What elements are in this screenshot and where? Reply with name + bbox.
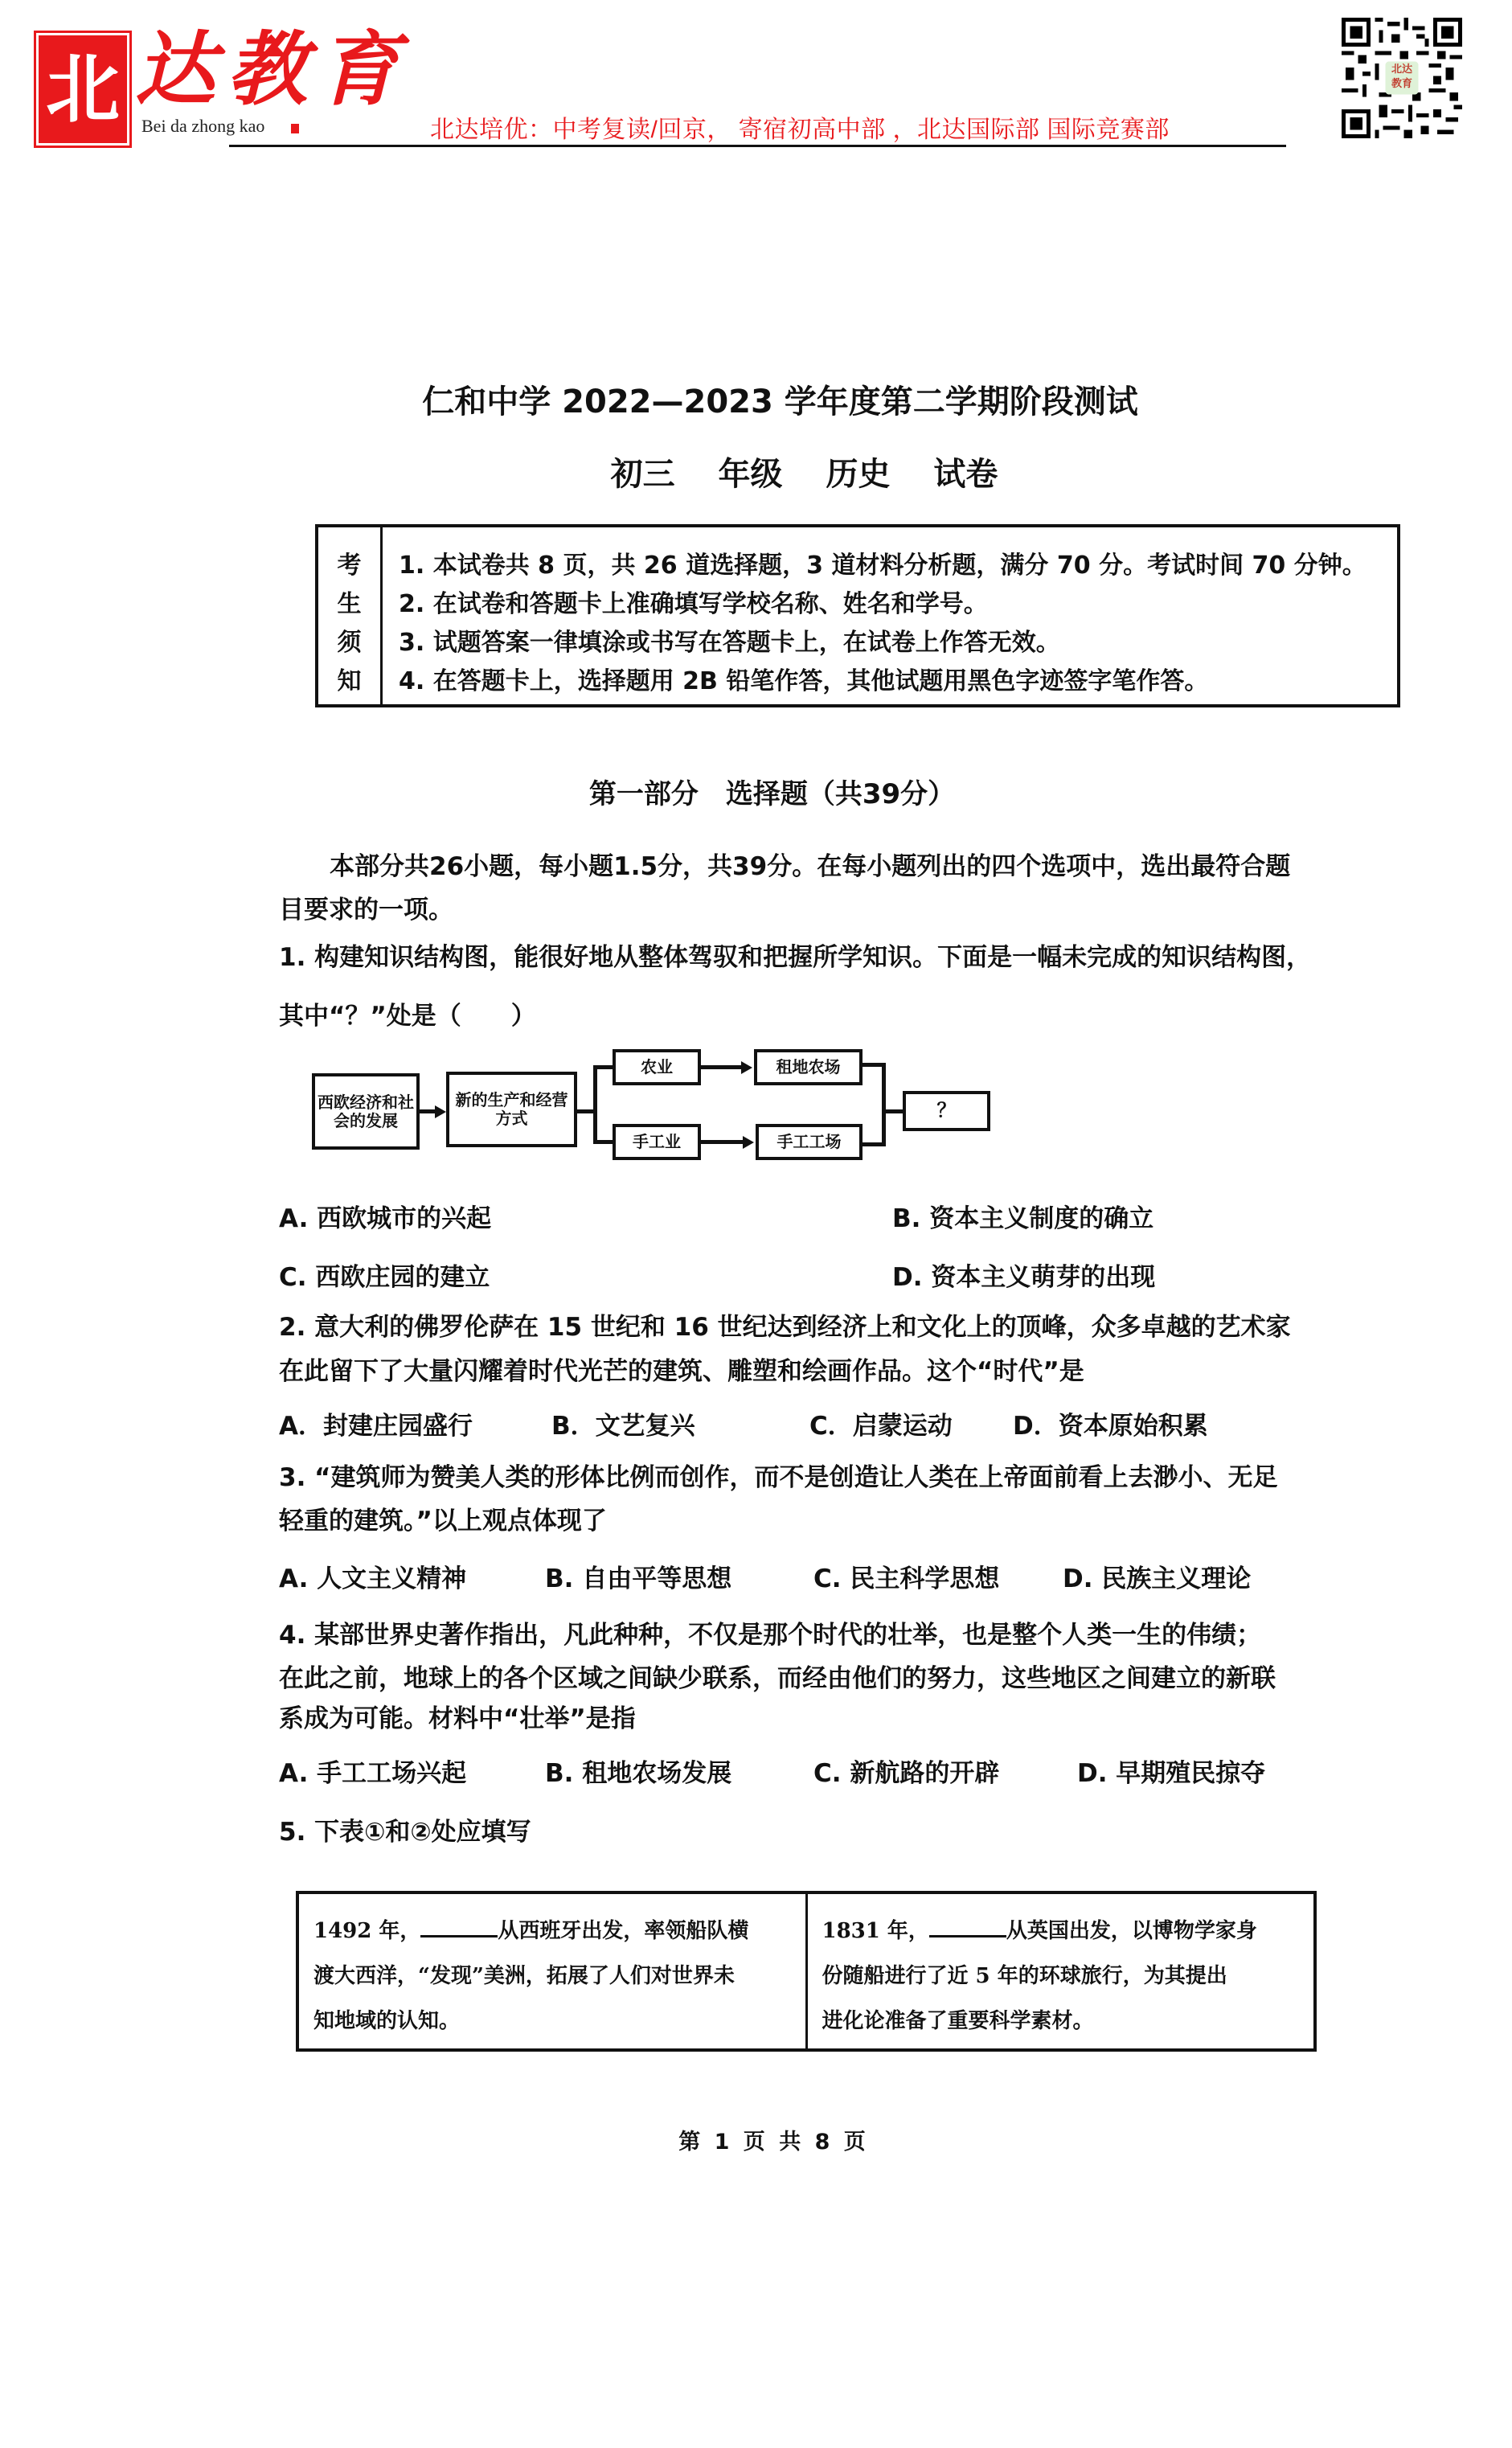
- section-intro: 本部分共26小题，每小题1.5分，共39分。在每小题列出的四个选项中，选出最符合…: [330, 846, 1290, 882]
- question-5-table: 1492 年，从西班牙出发，率领船队横 渡大西洋，“发现”美洲，拓展了人们对世界…: [296, 1891, 1317, 2052]
- question-2-option-b[interactable]: B．文艺复兴: [551, 1405, 695, 1441]
- diagram-node-workshop: 手工工场: [756, 1124, 863, 1160]
- arrow-right-icon: [435, 1105, 446, 1118]
- notice-side-label: 考 生 须 知: [318, 527, 383, 704]
- question-3-stem: 3. “建筑师为赞美人类的形体比例而创作，而不是创造让人类在上帝面前看上去渺小、…: [279, 1457, 1278, 1493]
- notice-item: 4. 在答题卡上，选择题用 2B 铅笔作答，其他试题用黑色字迹签字笔作答。: [399, 662, 1389, 701]
- question-2-stem-cont: 在此留下了大量闪耀着时代光芒的建筑、雕塑和绘画作品。这个“时代”是: [279, 1351, 1084, 1387]
- question-4-stem: 4. 某部世界史著作指出，凡此种种，不仅是那个时代的壮举，也是整个人类一生的伟绩…: [279, 1614, 1261, 1650]
- diagram-connector: [701, 1065, 741, 1069]
- question-3-option-c[interactable]: C. 民主科学思想: [813, 1558, 999, 1594]
- question-4-option-c[interactable]: C. 新航路的开辟: [813, 1753, 999, 1789]
- question-2-option-d[interactable]: D．资本原始积累: [1013, 1405, 1208, 1441]
- question-3-option-b[interactable]: B. 自由平等思想: [545, 1558, 731, 1594]
- diagram-connector: [593, 1065, 597, 1144]
- arrow-right-icon: [741, 1061, 752, 1074]
- exam-subtitle: 初三 年级 历史 试卷: [0, 449, 1512, 494]
- exam-title: 仁和中学 2022—2023 学年度第二学期阶段测试: [0, 376, 1512, 422]
- question-4-stem-cont: 在此之前，地球上的各个区域之间缺少联系，而经由他们的努力，这些地区之间建立的新联: [279, 1658, 1276, 1694]
- question-1-option-d[interactable]: D. 资本主义萌芽的出现: [892, 1257, 1155, 1293]
- header-divider: [229, 145, 1286, 147]
- exam-notice-box: 考 生 须 知 1. 本试卷共 8 页，共 26 道选择题，3 道材料分析题，满…: [315, 524, 1400, 707]
- diagram-connector: [420, 1109, 436, 1113]
- notice-side-char: 生: [338, 585, 362, 624]
- page-number: 第 1 页 共 8 页: [0, 2124, 1512, 2155]
- subtitle-paper: 试卷: [933, 456, 998, 493]
- question-4-option-d[interactable]: D. 早期殖民掠夺: [1077, 1753, 1265, 1789]
- qr-center-label: 北达教育: [1387, 63, 1417, 92]
- diagram-connector: [882, 1063, 886, 1146]
- question-4-option-b[interactable]: B. 租地农场发展: [545, 1753, 731, 1789]
- diagram-connector: [701, 1140, 743, 1144]
- question-1-option-b[interactable]: B. 资本主义制度的确立: [892, 1198, 1153, 1234]
- notice-item: 2. 在试卷和答题卡上准确填写学校名称、姓名和学号。: [399, 585, 1389, 624]
- diagram-node-root: 西欧经济和社会的发展: [312, 1073, 420, 1150]
- section-heading: 第一部分 选择题（共39分）: [0, 772, 1512, 811]
- brand-logo-subtitle: Bei da zhong kao: [141, 116, 264, 137]
- logo-square-decoration: [291, 124, 299, 133]
- question-1-option-c[interactable]: C. 西欧庄园的建立: [279, 1257, 490, 1293]
- cell-text: 从西班牙出发，率领船队横: [498, 1919, 748, 1943]
- question-5-cell-columbus: 1492 年，从西班牙出发，率领船队横 渡大西洋，“发现”美洲，拓展了人们对世界…: [299, 1894, 805, 2048]
- brand-logo-mark: 北: [34, 31, 132, 148]
- diagram-node-unknown: ？: [903, 1091, 990, 1131]
- question-3-option-d[interactable]: D. 民族主义理论: [1063, 1558, 1251, 1594]
- question-4-stem-cont2: 系成为可能。材料中“壮举”是指: [279, 1698, 636, 1734]
- cell-year: 1492 年，: [313, 1919, 420, 1943]
- question-5-stem: 5. 下表①和②处应填写: [279, 1811, 531, 1847]
- diagram-node-mid: 新的生产和经营方式: [446, 1072, 577, 1147]
- notice-side-char: 知: [338, 662, 362, 701]
- notice-item: 1. 本试卷共 8 页，共 26 道选择题，3 道材料分析题，满分 70 分。考…: [399, 547, 1389, 585]
- question-2-stem: 2. 意大利的佛罗伦萨在 15 世纪和 16 世纪达到经济上和文化上的顶峰，众多…: [279, 1306, 1291, 1343]
- section-intro-cont: 目要求的一项。: [279, 889, 453, 925]
- notice-side-char: 须: [338, 624, 362, 662]
- header-tagline: 北达培优：中考复读/回京， 寄宿初高中部 ，北达国际部 国际竞赛部: [430, 109, 1170, 145]
- diagram-node-handicraft: 手工业: [613, 1124, 701, 1160]
- question-1-stem: 1. 构建知识结构图，能很好地从整体驾驭和把握所学知识。下面是一幅未完成的知识结…: [279, 937, 1311, 973]
- question-1-option-a[interactable]: A. 西欧城市的兴起: [279, 1198, 491, 1234]
- logo-char: 北: [46, 52, 120, 126]
- cell-year: 1831 年，: [822, 1919, 929, 1943]
- cell-text: 渡大西洋，“发现”美洲，拓展了人们对世界未: [313, 1954, 791, 1999]
- question-2-option-a[interactable]: A．封建庄园盛行: [279, 1405, 473, 1441]
- notice-list: 1. 本试卷共 8 页，共 26 道选择题，3 道材料分析题，满分 70 分。考…: [399, 547, 1389, 701]
- subtitle-grade: 初三: [611, 456, 675, 493]
- cell-text: 份随船进行了近 5 年的环球旅行，为其提出: [822, 1954, 1300, 1999]
- diagram-connector: [593, 1140, 613, 1144]
- diagram-node-tenant-farm: 租地农场: [754, 1049, 863, 1085]
- diagram-connector: [882, 1109, 903, 1113]
- answer-blank-1[interactable]: [420, 1917, 498, 1937]
- subtitle-grade-label: 年级: [719, 456, 783, 493]
- subtitle-subject: 历史: [826, 456, 890, 493]
- question-2-option-c[interactable]: C．启蒙运动: [809, 1405, 953, 1441]
- question-5-cell-darwin: 1831 年，从英国出发，以博物学家身 份随船进行了近 5 年的环球旅行，为其提…: [805, 1894, 1314, 2048]
- diagram-node-agriculture: 农业: [613, 1049, 701, 1085]
- answer-blank-2[interactable]: [929, 1917, 1006, 1937]
- arrow-right-icon: [743, 1136, 754, 1149]
- cell-text: 进化论准备了重要科学素材。: [822, 1999, 1300, 2044]
- diagram-connector: [593, 1065, 613, 1069]
- question-4-option-a[interactable]: A. 手工工场兴起: [279, 1753, 466, 1789]
- qr-code-icon: 北达教育: [1342, 18, 1462, 138]
- brand-logo-name: 达教育: [135, 27, 410, 112]
- question-3-option-a[interactable]: A. 人文主义精神: [279, 1558, 466, 1594]
- question-3-stem-cont: 轻重的建筑。”以上观点体现了: [279, 1500, 607, 1536]
- notice-side-char: 考: [338, 547, 362, 585]
- cell-text: 知地域的认知。: [313, 1999, 791, 2044]
- notice-item: 3. 试题答案一律填涂或书写在答题卡上，在试卷上作答无效。: [399, 624, 1389, 662]
- cell-text: 从英国出发，以博物学家身: [1006, 1919, 1257, 1943]
- question-1-stem-cont: 其中“？”处是（ ）: [279, 995, 536, 1031]
